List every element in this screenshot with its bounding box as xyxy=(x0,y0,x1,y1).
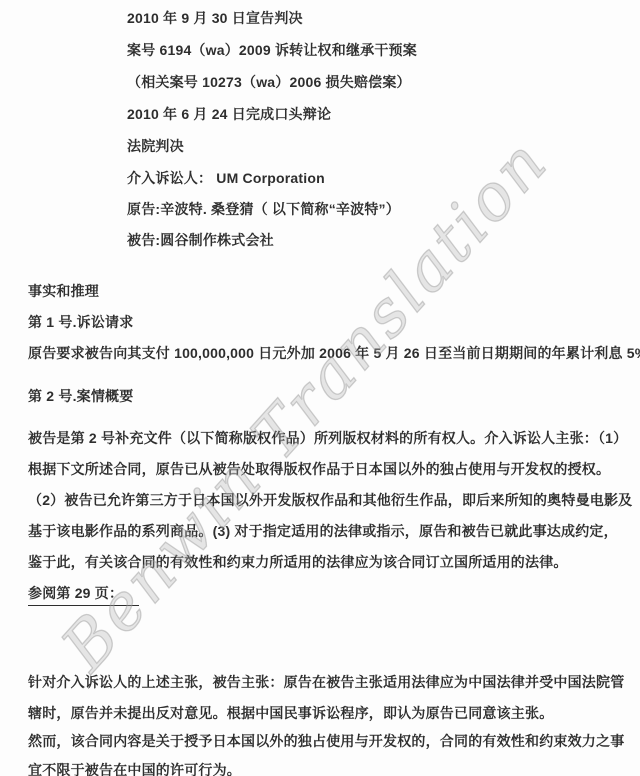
summary-line: （2）被告已允许第三方于日本国以外开发版权作品和其他衍生作品，即后来所知的奥特曼… xyxy=(28,490,632,510)
case-number-line: 案号 6194（wa）2009 诉转让权和继承干预案 xyxy=(127,40,417,60)
summary-line: 根据下文所述合同，原告已从被告处取得版权作品于日本国以外的独占使用与开发权的授权… xyxy=(28,459,610,479)
response-line: 针对介入诉讼人的上述主张，被告主张：原告在被告主张适用法律应为中国法律并受中国法… xyxy=(28,672,624,692)
defendant-line: 被告:圆谷制作株式会社 xyxy=(127,230,274,250)
intervenor-line: 介入诉讼人： UM Corporation xyxy=(127,168,325,188)
summary-line: 鉴于此，有关该合同的有效性和约束力所适用的法律应为该合同订立国所适用的法律。 xyxy=(28,552,568,572)
oral-argument-line: 2010 年 6 月 24 日完成口头辩论 xyxy=(127,104,331,124)
claim-no-heading: 第 1 号.诉讼请求 xyxy=(28,312,133,332)
summary-line: 基于该电影作品的系列商品。(3) 对于指定适用的法律或指示，原告和被告已就此事达… xyxy=(28,521,618,541)
related-case-line: （相关案号 10273（wa）2006 损失赔偿案） xyxy=(127,72,411,92)
court-judgment-label: 法院判决 xyxy=(127,136,184,156)
facts-heading: 事实和推理 xyxy=(28,281,99,301)
response-line: 宜不限于被告在中国的许可行为。 xyxy=(28,760,241,776)
document-page: 2010 年 9 月 30 日宣告判决 案号 6194（wa）2009 诉转让权… xyxy=(0,0,640,776)
claim-text-line: 原告要求被告向其支付 100,000,000 日元外加 2006 年 5 月 2… xyxy=(28,343,640,363)
summary-line: 被告是第 2 号补充文件（以下简称版权作品）所列版权材料的所有权人。介入诉讼人主… xyxy=(28,428,627,448)
response-line: 然而，该合同内容是关于授予日本国以外的独占使用与开发权的，合同的有效性和约束效力… xyxy=(28,731,624,751)
summary-heading: 第 2 号.案情概要 xyxy=(28,386,133,406)
see-page-reference: 参阅第 29 页： xyxy=(28,583,139,606)
judgment-date-line: 2010 年 9 月 30 日宣告判决 xyxy=(127,8,303,28)
response-line: 辖时，原告并未提出反对意见。根据中国民事诉讼程序，即认为原告已同意该主张。 xyxy=(28,703,553,723)
plaintiff-line: 原告:辛波特. 桑登猜（ 以下简称“辛波特”） xyxy=(127,199,400,219)
